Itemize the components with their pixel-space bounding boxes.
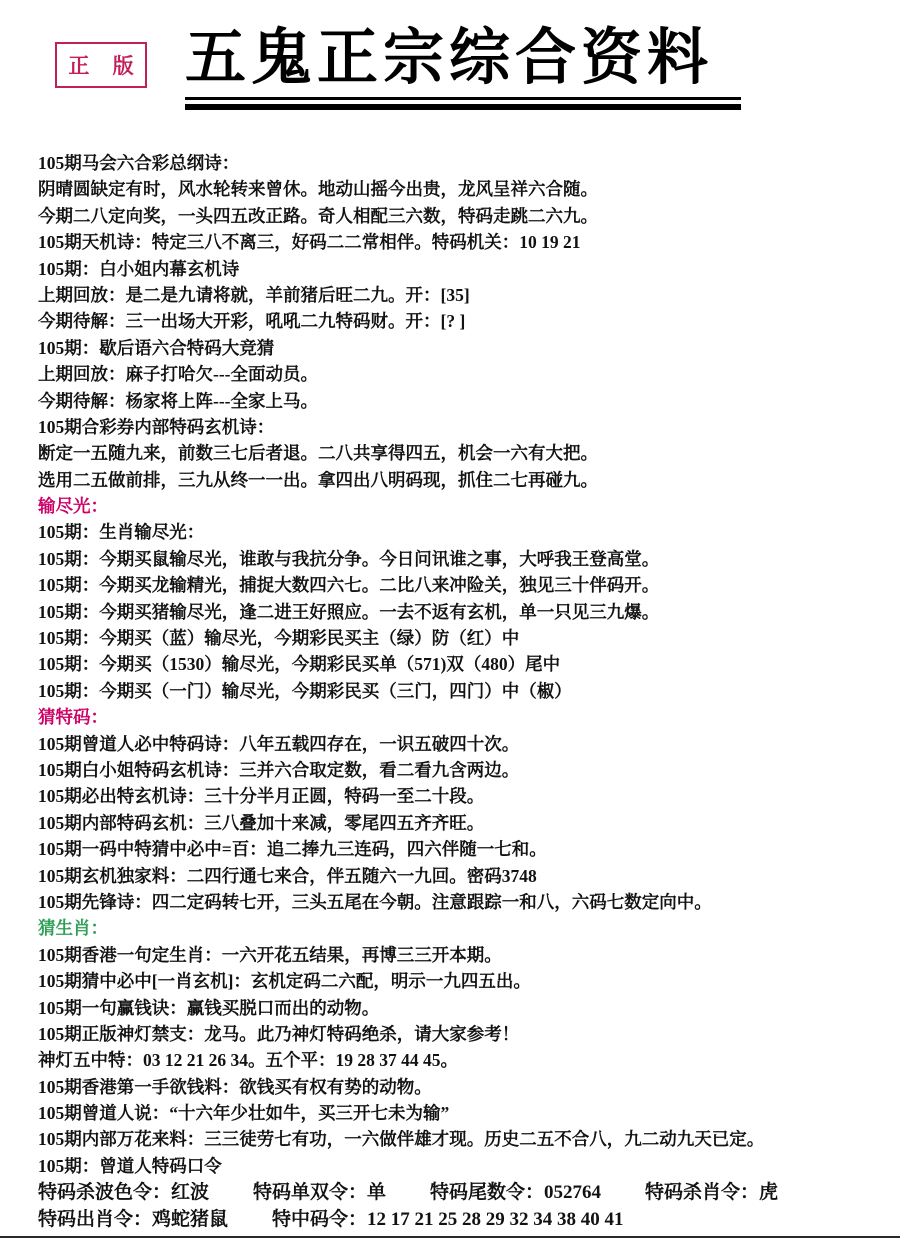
text-line: 神灯五中特：03 12 21 26 34。五个平：19 28 37 44 45。 — [38, 1047, 880, 1073]
text-line: 105期正版神灯禁支：龙马。此乃神灯特码绝杀，请大家参考！ — [38, 1021, 880, 1047]
text-line: 阴晴圆缺定有时，风水轮转来曾休。地动山摇今出贵，龙风呈祥六合随。 — [38, 176, 880, 202]
text-line: 105期香港第一手欲钱料：欲钱买有权有势的动物。 — [38, 1074, 880, 1100]
section-heading: 猜特码： — [38, 704, 880, 730]
text-line: 105期马会六合彩总纲诗： — [38, 150, 880, 176]
title-underline-thick — [185, 104, 741, 110]
text-line: 105期曾道人必中特码诗：八年五载四存在，一识五破四十次。 — [38, 731, 880, 757]
title-underline-thin — [185, 97, 741, 100]
footer-item: 特码单双令：单 — [253, 1182, 386, 1203]
text-line: 105期玄机独家料：二四行通七来合，伴五随六一九回。密码3748 — [38, 863, 880, 889]
text-line: 今期待解：三一出场大开彩，吼吼二九特码财。开：[? ] — [38, 308, 880, 334]
title-block: 五鬼正宗综合资料 — [185, 24, 713, 110]
text-line: 105期先锋诗：四二定码转七开，三头五尾在今朝。注意跟踪一和八，六码七数定向中。 — [38, 889, 880, 915]
text-line: 上期回放：麻子打哈欠---全面动员。 — [38, 361, 880, 387]
text-line: 105期：今期买（蓝）输尽光，今期彩民买主（绿）防（红）中 — [38, 625, 880, 651]
text-line: 105期曾道人说：“十六年少壮如牛，买三开七未为输” — [38, 1100, 880, 1126]
text-line: 105期一句赢钱诀：赢钱买脱口而出的动物。 — [38, 995, 880, 1021]
bottom-divider — [0, 1236, 900, 1238]
text-line: 今期待解：杨家将上阵---全家上马。 — [38, 388, 880, 414]
text-line: 105期猜中必中[一肖玄机]：玄机定码二六配，明示一九四五出。 — [38, 968, 880, 994]
footer-row: 特码杀波色令：红波特码单双令：单特码尾数令：052764特码杀肖令：虎 — [38, 1179, 880, 1206]
text-line: 上期回放：是二是九请将就，羊前猪后旺二九。开：[35] — [38, 282, 880, 308]
text-line: 105期内部特码玄机：三八叠加十来减，零尾四五齐齐旺。 — [38, 810, 880, 836]
text-line: 105期：歇后语六合特码大竞猜 — [38, 335, 880, 361]
footer-item: 特码尾数令：052764 — [430, 1182, 601, 1203]
footer-row: 特码出肖令：鸡蛇猪鼠特中码令：12 17 21 25 28 29 32 34 3… — [38, 1206, 880, 1233]
text-line: 105期：今期买猪输尽光，逢二进王好照应。一去不返有玄机，单一只见三九爆。 — [38, 599, 880, 625]
content-lines: 105期马会六合彩总纲诗：阴晴圆缺定有时，风水轮转来曾休。地动山摇今出贵，龙风呈… — [38, 150, 880, 1179]
text-line: 选用二五做前排，三九从终一一出。拿四出八明码现，抓住二七再碰九。 — [38, 467, 880, 493]
text-line: 105期：白小姐内幕玄机诗 — [38, 256, 880, 282]
footer-item: 特码杀波色令：红波 — [38, 1182, 209, 1203]
text-line: 105期合彩券内部特码玄机诗： — [38, 414, 880, 440]
text-line: 105期一码中特猜中必中=百：追二捧九三连码，四六伴随一七和。 — [38, 836, 880, 862]
text-line: 断定一五随九来，前数三七后者退。二八共享得四五，机会一六有大把。 — [38, 440, 880, 466]
text-line: 105期内部万花来料：三三徒劳七有功，一六做伴雄才现。历史二五不合八，九二动九天… — [38, 1126, 880, 1152]
page-title: 五鬼正宗综合资料 — [185, 24, 713, 94]
header: 正 版 五鬼正宗综合资料 — [0, 0, 900, 128]
text-line: 105期必出特玄机诗：三十分半月正圆，特码一至二十段。 — [38, 783, 880, 809]
text-line: 105期：今期买龙输精光，捕捉大数四六七。二比八来冲险关，独见三十伴码开。 — [38, 572, 880, 598]
section-heading: 猜生肖： — [38, 915, 880, 941]
footer-item: 特码出肖令：鸡蛇猪鼠 — [38, 1209, 228, 1230]
text-line: 105期：曾道人特码口令 — [38, 1153, 880, 1179]
text-line: 今期二八定向奖，一头四五改正路。奇人相配三六数，特码走跳二六九。 — [38, 203, 880, 229]
text-line: 105期：生肖输尽光： — [38, 519, 880, 545]
section-heading: 输尽光： — [38, 493, 880, 519]
text-line: 105期：今期买鼠输尽光，谁敢与我抗分争。今日问讯谁之事，大呼我王登高堂。 — [38, 546, 880, 572]
text-line: 105期天机诗：特定三八不离三，好码二二常相伴。特码机关：10 19 21 — [38, 229, 880, 255]
text-line: 105期：今期买（1530）输尽光，今期彩民买单（571)双（480）尾中 — [38, 651, 880, 677]
text-line: 105期香港一句定生肖：一六开花五结果，再博三三开本期。 — [38, 942, 880, 968]
footer-commands: 特码杀波色令：红波特码单双令：单特码尾数令：052764特码杀肖令：虎特码出肖令… — [38, 1179, 880, 1233]
text-line: 105期白小姐特码玄机诗：三并六合取定数，看二看九含两边。 — [38, 757, 880, 783]
footer-item: 特码杀肖令：虎 — [645, 1182, 778, 1203]
genuine-badge: 正 版 — [55, 42, 147, 88]
text-line: 105期：今期买（一门）输尽光，今期彩民买（三门，四门）中（椒） — [38, 678, 880, 704]
footer-item: 特中码令：12 17 21 25 28 29 32 34 38 40 41 — [272, 1209, 624, 1230]
